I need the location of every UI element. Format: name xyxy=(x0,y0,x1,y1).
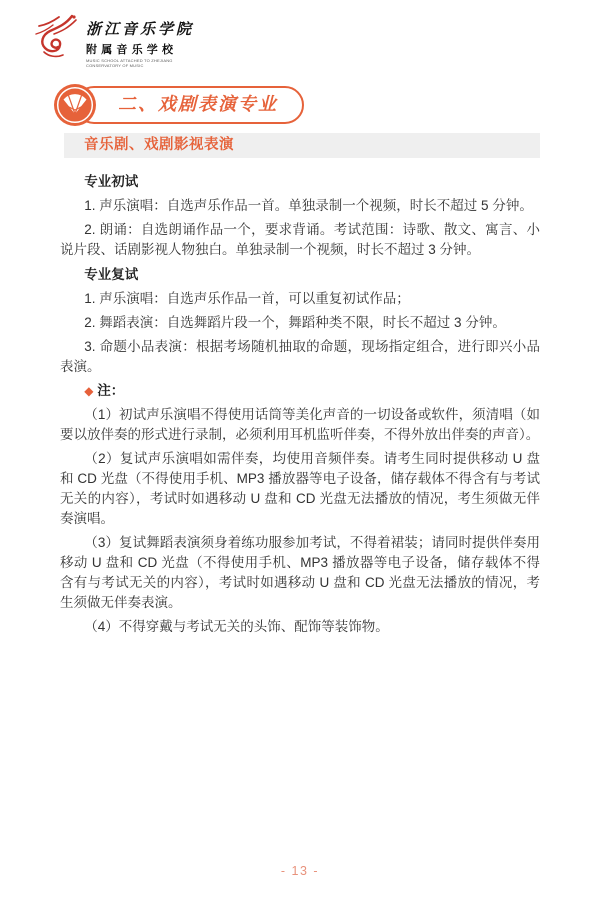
exam-requirements-content: 专业初试 1. 声乐演唱：自选声乐作品一首。单独录制一个视频，时长不超过 5 分… xyxy=(60,167,540,641)
first-round-item-2: 2. 朗诵：自选朗诵作品一个，要求背诵。考试范围：诗歌、散文、寓言、小说片段、话… xyxy=(60,220,540,260)
section-title-badge: 二、戏剧表演专业 xyxy=(54,84,304,126)
second-round-item-1: 1. 声乐演唱：自选声乐作品一首，可以重复初试作品； xyxy=(60,289,540,309)
diamond-bullet-icon: ◆ xyxy=(84,384,93,398)
document-page: 浙江音乐学院 附属音乐学校 MUSIC SCHOOL ATTACHED TO Z… xyxy=(0,0,600,923)
school-name-cn: 浙江音乐学院 xyxy=(86,18,194,39)
subsection-header-bar: 音乐剧、戏剧影视表演 xyxy=(64,133,540,158)
notes-heading: ◆ 注： xyxy=(60,381,540,401)
first-round-heading: 专业初试 xyxy=(60,172,540,192)
notes-label: 注： xyxy=(97,383,124,398)
note-item-2: （2）复试声乐演唱如需伴奏，均使用音频伴奏。请考生同时提供移动 U 盘和 CD … xyxy=(60,449,540,529)
fan-emblem-icon xyxy=(54,84,96,126)
second-round-heading: 专业复试 xyxy=(60,265,540,285)
school-name-en: MUSIC SCHOOL ATTACHED TO ZHEJIANG CONSER… xyxy=(86,58,194,68)
section-title: 二、戏剧表演专业 xyxy=(118,94,278,114)
section-title-pill: 二、戏剧表演专业 xyxy=(75,86,304,124)
note-item-4: （4）不得穿戴与考试无关的头饰、配饰等装饰物。 xyxy=(60,617,540,637)
school-logo: 浙江音乐学院 附属音乐学校 MUSIC SCHOOL ATTACHED TO Z… xyxy=(32,12,194,68)
second-round-item-2: 2. 舞蹈表演：自选舞蹈片段一个，舞蹈种类不限，时长不超过 3 分钟。 xyxy=(60,313,540,333)
second-round-item-3: 3. 命题小品表演：根据考场随机抽取的命题，现场指定组合，进行即兴小品表演。 xyxy=(60,337,540,377)
subsection-title: 音乐剧、戏剧影视表演 xyxy=(84,137,234,153)
school-logo-text: 浙江音乐学院 附属音乐学校 MUSIC SCHOOL ATTACHED TO Z… xyxy=(86,12,194,68)
phoenix-bird-logo-icon xyxy=(32,12,82,60)
first-round-item-1: 1. 声乐演唱：自选声乐作品一首。单独录制一个视频，时长不超过 5 分钟。 xyxy=(60,196,540,216)
page-number: - 13 - xyxy=(281,864,319,878)
school-subtitle-cn: 附属音乐学校 xyxy=(86,41,194,57)
note-item-1: （1）初试声乐演唱不得使用话筒等美化声音的一切设备或软件，须清唱（如要以放伴奏的… xyxy=(60,405,540,445)
page-footer: - 13 - xyxy=(0,864,600,878)
note-item-3: （3）复试舞蹈表演须身着练功服参加考试，不得着裙装；请同时提供伴奏用移动 U 盘… xyxy=(60,533,540,613)
